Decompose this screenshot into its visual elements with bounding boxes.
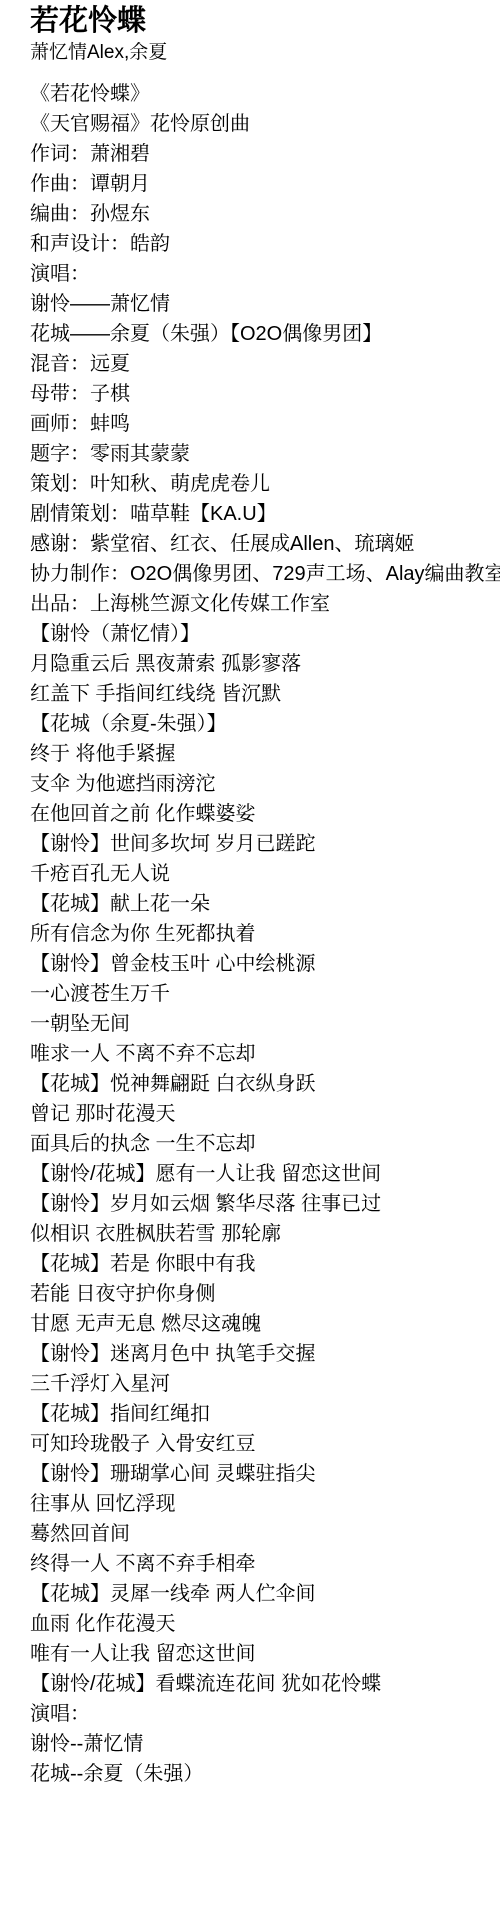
lyric-line: 【谢怜（萧忆情）】 [30, 619, 500, 649]
lyric-line: 谢怜——萧忆情 [30, 289, 500, 319]
lyric-line: 花城——余夏（朱强）【O2O偶像男团】 [30, 319, 500, 349]
lyric-line: 【谢怜】珊瑚掌心间 灵蝶驻指尖 [30, 1459, 500, 1489]
lyric-line: 花城--余夏（朱强） [30, 1759, 500, 1789]
lyric-line: 【谢怜】世间多坎坷 岁月已蹉跎 [30, 829, 500, 859]
lyric-line: 【谢怜/花城】看蝶流连花间 犹如花怜蝶 [30, 1669, 500, 1699]
lyric-line: 甘愿 无声无息 燃尽这魂魄 [30, 1309, 500, 1339]
lyric-line: 在他回首之前 化作蝶婆娑 [30, 799, 500, 829]
lyric-line: 终得一人 不离不弃手相牵 [30, 1549, 500, 1579]
lyric-line: 演唱： [30, 1699, 500, 1729]
lyric-line: 剧情策划：喵草鞋【KA.U】 [30, 499, 500, 529]
lyric-line: 谢怜--萧忆情 [30, 1729, 500, 1759]
lyrics-page: 若花怜蝶 萧忆情Alex,余夏 《若花怜蝶》《天官赐福》花怜原创曲作词：萧湘碧作… [0, 0, 500, 1930]
lyric-line: 策划：叶知秋、萌虎虎卷儿 [30, 469, 500, 499]
lyric-line: 三千浮灯入星河 [30, 1369, 500, 1399]
lyric-line: 《天官赐福》花怜原创曲 [30, 109, 500, 139]
lyric-line: 唯有一人让我 留恋这世间 [30, 1639, 500, 1669]
lyric-line: 【谢怜】迷离月色中 执笔手交握 [30, 1339, 500, 1369]
lyric-line: 【花城（余夏-朱强）】 [30, 709, 500, 739]
lyric-line: 一朝坠无间 [30, 1009, 500, 1039]
lyric-line: 【花城】若是 你眼中有我 [30, 1249, 500, 1279]
lyric-line: 若能 日夜守护你身侧 [30, 1279, 500, 1309]
lyric-line: 【花城】悦神舞翩跹 白衣纵身跃 [30, 1069, 500, 1099]
lyric-line: 蓦然回首间 [30, 1519, 500, 1549]
lyric-line: 【谢怜/花城】愿有一人让我 留恋这世间 [30, 1159, 500, 1189]
lyric-line: 似相识 衣胜枫肤若雪 那轮廓 [30, 1219, 500, 1249]
lyric-line: 曾记 那时花漫天 [30, 1099, 500, 1129]
lyric-line: 题字：零雨其蒙蒙 [30, 439, 500, 469]
lyric-line: 作词：萧湘碧 [30, 139, 500, 169]
lyric-line: 【花城】献上花一朵 [30, 889, 500, 919]
lyric-line: 画师：蚌鸣 [30, 409, 500, 439]
lyric-line: 唯求一人 不离不弃不忘却 [30, 1039, 500, 1069]
lyric-line: 出品：上海桃竺源文化传媒工作室 [30, 589, 500, 619]
lyric-line: 所有信念为你 生死都执着 [30, 919, 500, 949]
artist-names: 萧忆情Alex,余夏 [30, 40, 500, 66]
lyric-line: 往事从 回忆浮现 [30, 1489, 500, 1519]
lyrics-block: 《若花怜蝶》《天官赐福》花怜原创曲作词：萧湘碧作曲：谭朝月编曲：孙煜东和声设计：… [30, 79, 500, 1789]
lyric-line: 母带：子棋 [30, 379, 500, 409]
lyric-line: 红盖下 手指间红线绕 皆沉默 [30, 679, 500, 709]
lyric-line: 编曲：孙煜东 [30, 199, 500, 229]
lyric-line: 支伞 为他遮挡雨滂沱 [30, 769, 500, 799]
lyric-line: 演唱： [30, 259, 500, 289]
lyric-line: 面具后的执念 一生不忘却 [30, 1129, 500, 1159]
lyric-line: 千疮百孔无人说 [30, 859, 500, 889]
lyric-line: 【花城】灵犀一线牵 两人伫伞间 [30, 1579, 500, 1609]
lyric-line: 可知玲珑骰子 入骨安红豆 [30, 1429, 500, 1459]
lyric-line: 终于 将他手紧握 [30, 739, 500, 769]
lyric-line: 混音：远夏 [30, 349, 500, 379]
lyric-line: 月隐重云后 黑夜萧索 孤影寥落 [30, 649, 500, 679]
lyric-line: 和声设计：皓韵 [30, 229, 500, 259]
lyric-line: 协力制作：O2O偶像男团、729声工场、Alay编曲教室 [30, 559, 500, 589]
lyric-line: 【谢怜】曾金枝玉叶 心中绘桃源 [30, 949, 500, 979]
lyric-line: 【花城】指间红绳扣 [30, 1399, 500, 1429]
lyric-line: 【谢怜】岁月如云烟 繁华尽落 往事已过 [30, 1189, 500, 1219]
lyric-line: 一心渡苍生万千 [30, 979, 500, 1009]
lyric-line: 作曲：谭朝月 [30, 169, 500, 199]
lyric-line: 《若花怜蝶》 [30, 79, 500, 109]
lyric-line: 感谢：紫堂宿、红衣、任展成Allen、琉璃姬 [30, 529, 500, 559]
song-title: 若花怜蝶 [30, 2, 500, 40]
lyric-line: 血雨 化作花漫天 [30, 1609, 500, 1639]
